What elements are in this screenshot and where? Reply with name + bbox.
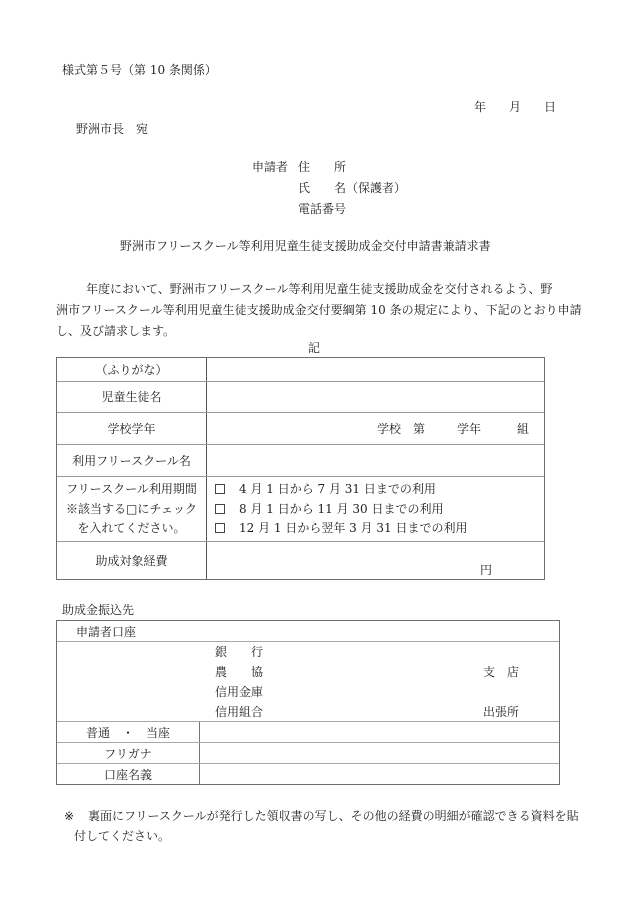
checkbox-icon[interactable] [215, 504, 225, 514]
date-month-label: 月 [509, 101, 521, 113]
grade-prefix: 第 [413, 423, 425, 435]
account-header-label: 申請者口座 [76, 626, 136, 638]
usage-period-label-line: フリースクール利用期間 [57, 483, 206, 495]
bank-section-heading: 助成金振込先 [62, 604, 134, 616]
usage-period-label-line: を入れてください。 [57, 522, 206, 534]
school-grade-field[interactable]: 学校 第 学年 組 [207, 413, 544, 444]
institution-bank: 銀 行 [215, 646, 263, 658]
application-table: （ふりがな） 児童生徒名 学校学年 学校 第 学年 組 利用フリースクール名 フ… [56, 357, 545, 580]
name-label: 氏 名（保護者） [298, 182, 406, 194]
period-option-2[interactable]: 8 月 1 日から 11 月 30 日までの利用 [215, 503, 444, 515]
table-row-eligible-expense: 助成対象経費 円 [57, 542, 544, 580]
account-holder-field[interactable] [200, 764, 559, 785]
institution-shinkumi: 信用組合 [215, 706, 263, 718]
account-furigana-label: フリガナ [57, 748, 199, 760]
body-line: し、及び請求します。 [56, 325, 175, 337]
document-title: 野洲市フリースクール等利用児童生徒支援助成金交付申請書兼請求書 [120, 240, 491, 252]
yen-unit: 円 [480, 564, 492, 576]
usage-period-options: 4 月 1 日から 7 月 31 日までの利用 8 月 1 日から 11 月 3… [207, 477, 544, 541]
table-row-student-name: 児童生徒名 [57, 382, 544, 413]
form-number: 様式第５号（第 10 条関係） [62, 64, 217, 76]
freeschool-name-field[interactable] [207, 445, 544, 476]
account-type-field[interactable] [200, 722, 559, 742]
phone-label: 電話番号 [298, 203, 346, 215]
applicant-label: 申請者 [252, 161, 288, 173]
account-type-row: 普通 ・ 当座 [57, 722, 559, 743]
account-type-label: 普通 ・ 当座 [57, 727, 199, 739]
checkbox-icon[interactable] [215, 523, 225, 533]
branch-label: 支 店 [483, 666, 519, 678]
institution-row[interactable]: 銀 行 農 協 信用金庫 信用組合 支 店 出張所 [57, 642, 559, 722]
student-name-field[interactable] [207, 382, 544, 412]
school-suffix: 学校 [377, 423, 401, 435]
period-option-3[interactable]: 12 月 1 日から翌年 3 月 31 日までの利用 [215, 522, 468, 534]
table-row-freeschool-name: 利用フリースクール名 [57, 445, 544, 477]
table-row-furigana: （ふりがな） [57, 358, 544, 382]
eligible-expense-field[interactable]: 円 [207, 542, 544, 580]
class-suffix: 組 [517, 423, 529, 435]
body-line: 年度において、野洲市フリースクール等利用児童生徒支援助成金を交付されるよう、野 [62, 283, 552, 295]
addressee: 野洲市長 宛 [76, 123, 148, 135]
account-header-row: 申請者口座 [57, 621, 559, 642]
ki-marker: 記 [308, 342, 320, 354]
date-year-label: 年 [474, 101, 486, 113]
institution-ja: 農 協 [215, 666, 263, 678]
usage-period-label-line: ※該当する□にチェック [57, 503, 206, 515]
account-furigana-field[interactable] [200, 743, 559, 763]
freeschool-name-label: 利用フリースクール名 [57, 455, 206, 467]
checkbox-icon[interactable] [215, 484, 225, 494]
table-row-school-grade: 学校学年 学校 第 学年 組 [57, 413, 544, 445]
note-mark: ※ [64, 810, 74, 822]
account-holder-row: 口座名義 [57, 764, 559, 785]
address-label: 住 所 [298, 161, 346, 173]
period-option-3-text: 12 月 1 日から翌年 3 月 31 日までの利用 [239, 521, 468, 535]
table-row-usage-period: フリースクール利用期間 ※該当する□にチェック を入れてください。 4 月 1 … [57, 477, 544, 542]
eligible-expense-label: 助成対象経費 [57, 555, 206, 567]
account-holder-label: 口座名義 [57, 769, 199, 781]
bank-account-table: 申請者口座 銀 行 農 協 信用金庫 信用組合 支 店 出張所 普通 ・ 当座 … [56, 620, 560, 785]
furigana-row: フリガナ [57, 743, 559, 764]
date-day-label: 日 [544, 101, 556, 113]
note-line-1: 裏面にフリースクールが発行した領収書の写し、その他の経費の明細が確認できる資料を… [88, 810, 579, 822]
period-option-1[interactable]: 4 月 1 日から 7 月 31 日までの利用 [215, 483, 436, 495]
sub-branch-label: 出張所 [483, 706, 519, 718]
furigana-label: （ふりがな） [57, 364, 206, 376]
school-grade-label: 学校学年 [57, 423, 206, 435]
period-option-1-text: 4 月 1 日から 7 月 31 日までの利用 [239, 482, 436, 496]
grade-suffix: 学年 [457, 423, 481, 435]
period-option-2-text: 8 月 1 日から 11 月 30 日までの利用 [239, 502, 444, 516]
body-line: 洲市フリースクール等利用児童生徒支援助成金交付要綱第 10 条の規定により、下記… [56, 304, 582, 316]
note-line-2: 付してください。 [74, 830, 170, 842]
institution-shinkin: 信用金庫 [215, 686, 263, 698]
student-name-label: 児童生徒名 [57, 391, 206, 403]
furigana-field[interactable] [207, 358, 544, 381]
